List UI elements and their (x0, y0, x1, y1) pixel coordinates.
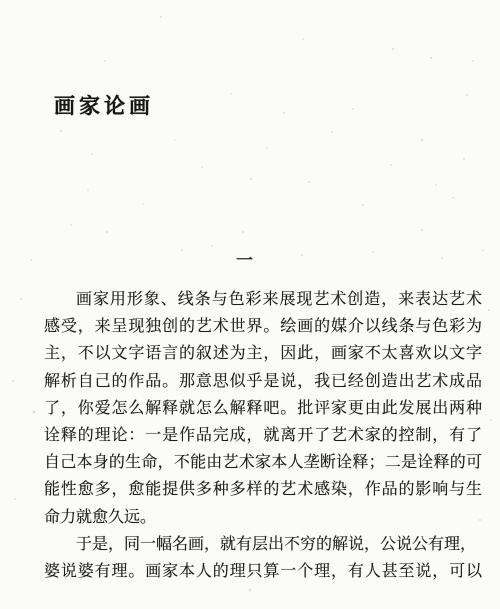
text-line: 画家用形象、线条与色彩来展现艺术创造，来表达艺术 (44, 286, 482, 313)
text-line: 自己本身的生命，不能由艺术家本人垄断诠释；二是诠释的可 (44, 449, 482, 476)
book-page: 画家论画 一 画家用形象、线条与色彩来展现艺术创造，来表达艺术 感受，来呈现独创… (0, 0, 500, 609)
text-line: 了，你爱怎么解释就怎么解释吧。批评家更由此发展出两种 (44, 395, 482, 422)
scan-noise-speckles (0, 0, 2, 2)
text-line: 于是，同一幅名画，就有层出不穷的解说，公说公有理， (44, 531, 482, 558)
text-line: 能性愈多，愈能提供多种多样的艺术感染，作品的影响与生 (44, 476, 482, 503)
page-title: 画家论画 (54, 95, 154, 118)
text-line: 感受，来呈现独创的艺术世界。绘画的媒介以线条与色彩为 (44, 313, 482, 340)
text-line: 解析自己的作品。那意思似乎是说，我已经创造出艺术成品 (44, 368, 482, 395)
text-line: 命力就愈久远。 (44, 504, 482, 531)
body-text: 画家用形象、线条与色彩来展现艺术创造，来表达艺术 感受，来呈现独创的艺术世界。绘… (44, 286, 482, 585)
text-line: 诠释的理论：一是作品完成，就离开了艺术家的控制，有了 (44, 422, 482, 449)
section-number: 一 (236, 252, 253, 269)
text-line: 婆说婆有理。画家本人的理只算一个理，有人甚至说，可以 (44, 558, 482, 585)
text-line: 主，不以文字语言的叙述为主，因此，画家不太喜欢以文字 (44, 340, 482, 367)
